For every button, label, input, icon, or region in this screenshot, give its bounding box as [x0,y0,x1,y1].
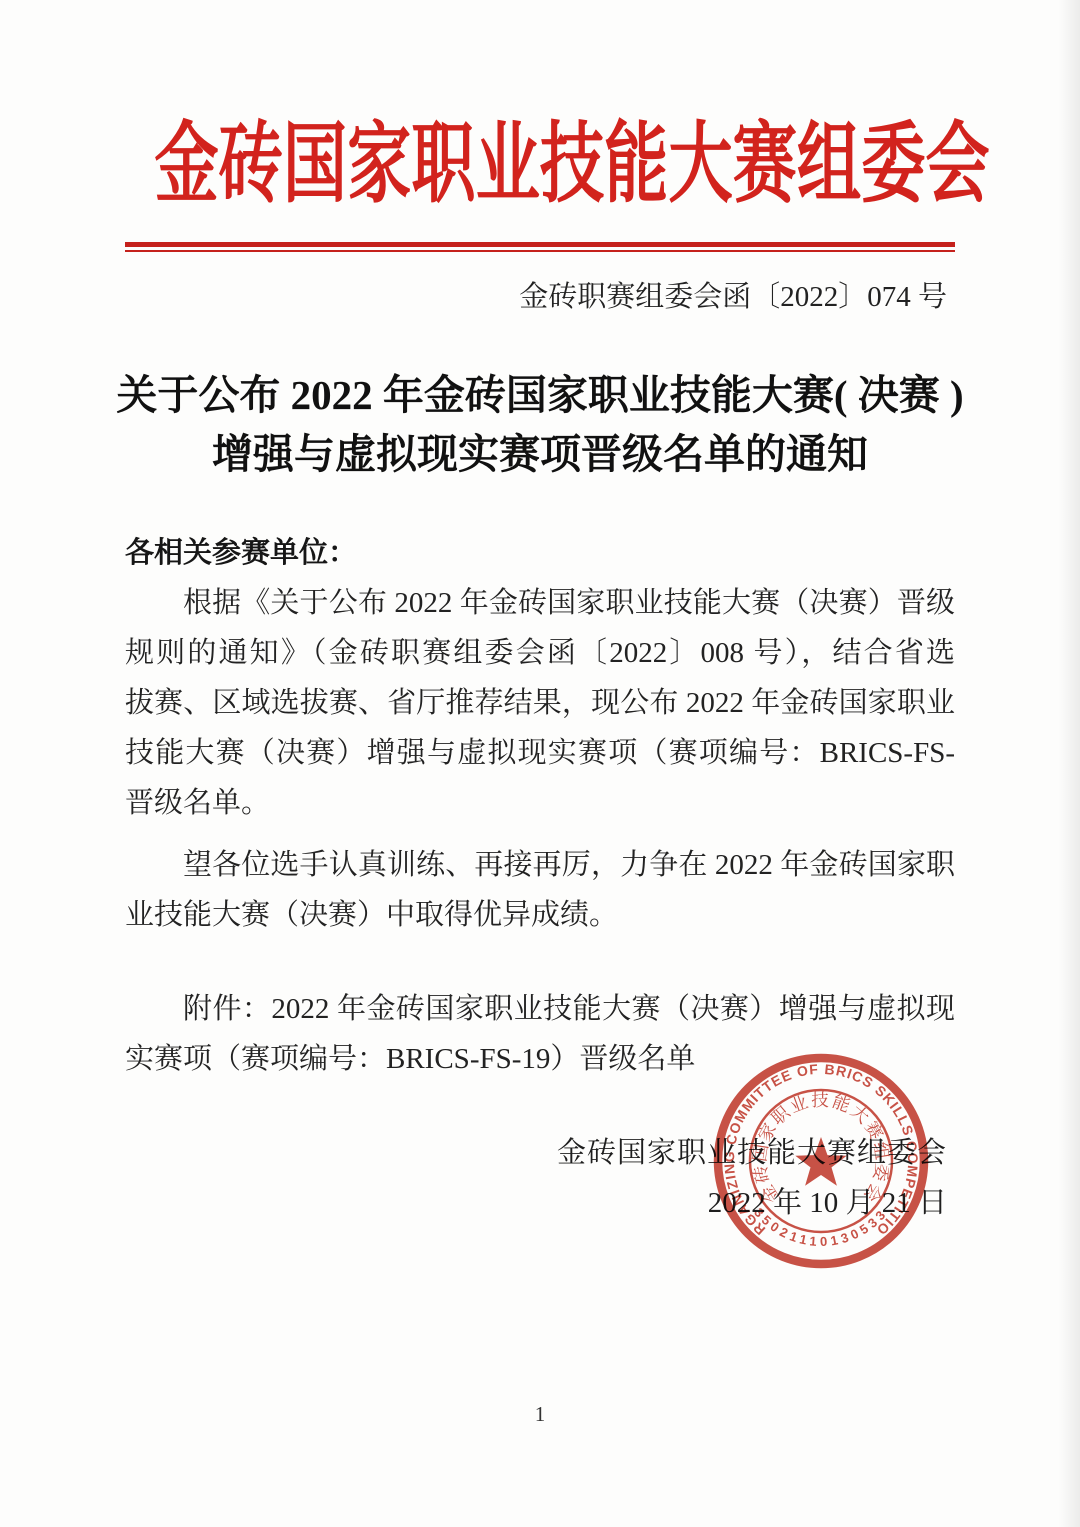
body-line: 规则的通知》（金砖职赛组委会函〔2022〕008 号），结合省选 [125,628,955,678]
body-text: 各相关参赛单位： 根据《关于公布 2022 年金砖国家职业技能大赛（决赛）晋级 … [125,528,955,1084]
document-number: 金砖职赛组委会函〔2022〕074 号 [0,278,1080,316]
signature-block: 金砖国家职业技能大赛组委会 2022 年 10 月 21 日 [0,1128,1080,1228]
body-line: 技能大赛（决赛）增强与虚拟现实赛项（赛项编号：BRICS-FS-19） [125,728,955,778]
signature-date: 2022 年 10 月 21 日 [0,1178,947,1228]
body-line: 望各位选手认真训练、再接再厉，力争在 2022 年金砖国家职 [125,840,955,890]
notice-title: 关于公布 2022 年金砖国家职业技能大赛( 决赛 ) 增强与虚拟现实赛项晋级名… [0,366,1080,484]
salutation: 各相关参赛单位： [125,528,955,578]
attachment-line: 附件：2022 年金砖国家职业技能大赛（决赛）增强与虚拟现 [125,984,955,1034]
notice-title-line1: 关于公布 2022 年金砖国家职业技能大赛( 决赛 ) [0,366,1080,425]
body-line: 晋级名单。 [125,778,955,828]
body-line: 根据《关于公布 2022 年金砖国家职业技能大赛（决赛）晋级 [125,578,955,628]
rule-thin-line [125,250,955,252]
notice-title-line2: 增强与虚拟现实赛项晋级名单的通知 [0,425,1080,484]
letterhead-org-name: 金砖国家职业技能大赛组委会 [154,116,989,216]
body-line: 拔赛、区域选拔赛、省厅推荐结果，现公布 2022 年金砖国家职业 [125,678,955,728]
letterhead: 金砖国家职业技能大赛组委会 [0,116,1080,216]
body-line: 业技能大赛（决赛）中取得优异成绩。 [125,890,955,940]
signature-org: 金砖国家职业技能大赛组委会 [0,1128,947,1178]
page-number: 1 [0,1402,1080,1427]
document-page: 金砖国家职业技能大赛组委会 金砖职赛组委会函〔2022〕074 号 关于公布 2… [0,0,1080,1527]
red-separator-rule [125,242,955,252]
attachment-line: 实赛项（赛项编号：BRICS-FS-19）晋级名单 [125,1034,955,1084]
